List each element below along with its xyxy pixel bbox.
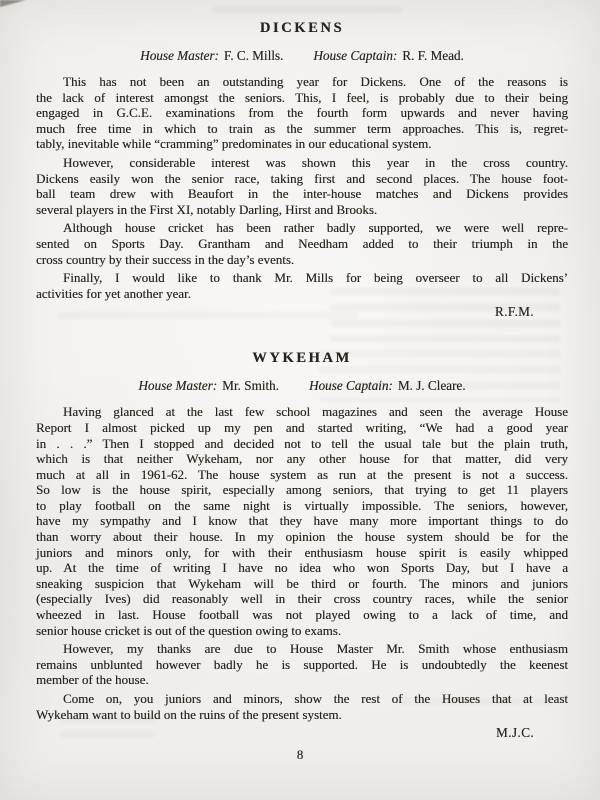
text-line: have my sympathy and I know that they ha… [36,513,568,529]
house-report-wykeham: WYKEHAMHouse Master:Mr. Smith.House Capt… [36,350,568,741]
house-master-label: House Master: [140,48,219,63]
scanned-magazine-page: DICKENSHouse Master:F. C. Mills.House Ca… [0,0,600,800]
text-line: the lack of interest amongst the seniors… [36,90,568,106]
house-master-name: Mr. Smith. [222,378,279,393]
paragraph: Having glanced at the last few school ma… [36,404,568,638]
text-line: Report I almost picked up my pen and sta… [36,420,568,436]
house-master-label: House Master: [138,378,217,393]
text-line: ball team drew with Beaufort in the inte… [36,186,568,202]
house-captain-name: R. F. Mead. [402,48,464,63]
text-line: member of the house. [36,672,568,688]
house-master-name: F. C. Mills. [224,48,283,63]
text-line: senior house cricket is out of the quest… [36,623,568,639]
text-line: to play football on the same night is vi… [36,498,568,514]
text-line: (especially Ives) did reasonably well in… [36,591,568,607]
text-line: up. At the time of writing I have no ide… [36,560,568,576]
text-line: cross country by their success in the da… [36,252,568,268]
text-line: However, my thanks are due to House Mast… [36,641,568,657]
text-line: engaged in G.C.E. examinations from the … [36,105,568,121]
section-title: WYKEHAM [36,350,568,367]
house-captain-label: House Captain: [313,48,397,63]
house-officers-line: House Master:F. C. Mills.House Captain:R… [36,48,568,64]
text-line: sneaking suspicion that Wykeham will be … [36,576,568,592]
signature-initials: M.J.C. [36,725,568,741]
paragraph: However, considerable interest was shown… [36,155,568,217]
paragraph: Although house cricket has been rather b… [36,220,568,267]
paragraph: However, my thanks are due to House Mast… [36,641,568,688]
text-line: than worry about their house. In my opin… [36,529,568,545]
text-line: Come on, you juniors and minors, show th… [36,691,568,707]
signature-initials: R.F.M. [36,304,568,320]
text-line: tably, inevitable while “cramming” predo… [36,136,568,152]
scan-edge-artifact [0,0,26,7]
text-line: remains unblunted however badly he is su… [36,657,568,673]
page-number: 8 [0,747,600,763]
house-report-dickens: DICKENSHouse Master:F. C. Mills.House Ca… [36,20,568,320]
text-line: juniors and minors only, for with their … [36,545,568,561]
paragraph: This has not been an outstanding year fo… [36,74,568,152]
text-line: Having glanced at the last few school ma… [36,404,568,420]
page-content: DICKENSHouse Master:F. C. Mills.House Ca… [36,20,568,741]
text-line: Dickens easily won the senior race, taki… [36,171,568,187]
section-title: DICKENS [36,20,568,37]
house-officers-line: House Master:Mr. Smith.House Captain:M. … [36,378,568,394]
text-line: several players in the First XI, notably… [36,202,568,218]
text-line: in . . .” Then I stopped and decided not… [36,436,568,452]
house-captain-name: M. J. Cleare. [398,378,466,393]
paragraph: Finally, I would like to thank Mr. Mills… [36,270,568,301]
text-line: So low is the house spirit, especially a… [36,482,568,498]
text-line: However, considerable interest was shown… [36,155,568,171]
text-line: much at all in 1961-62. The house system… [36,467,568,483]
house-captain-label: House Captain: [309,378,393,393]
text-line: Wykeham want to build on the ruins of th… [36,707,568,723]
text-line: This has not been an outstanding year fo… [36,74,568,90]
text-line: much free time in which to train as the … [36,121,568,137]
text-line: activities for yet another year. [36,286,568,302]
text-line: Finally, I would like to thank Mr. Mills… [36,270,568,286]
text-line: which is that neither Wykeham, nor any o… [36,451,568,467]
paragraph: Come on, you juniors and minors, show th… [36,691,568,722]
text-line: wheezed in last. House football was not … [36,607,568,623]
text-line: sented on Sports Day. Grantham and Needh… [36,236,568,252]
text-line: Although house cricket has been rather b… [36,220,568,236]
